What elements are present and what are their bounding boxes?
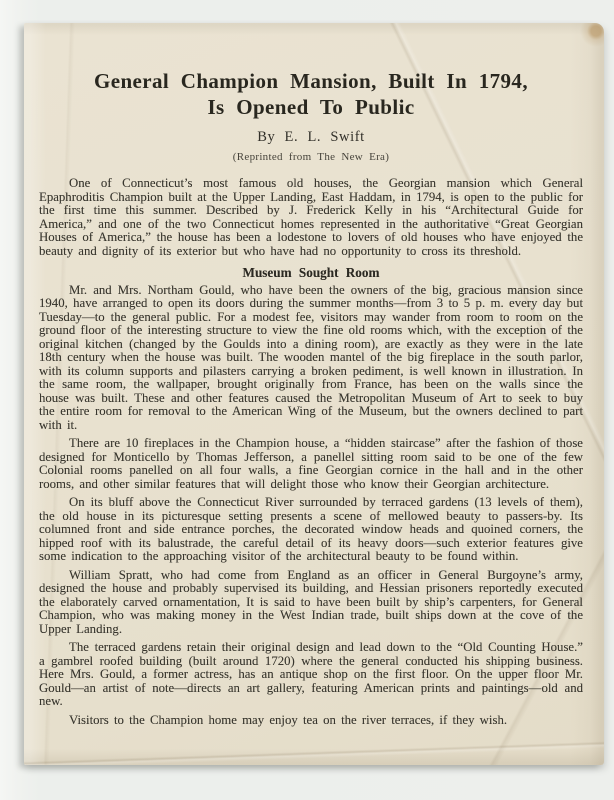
article-title-line1: General Champion Mansion, Built In 1794,: [39, 68, 583, 94]
scan-background: General Champion Mansion, Built In 1794,…: [0, 0, 614, 800]
body-paragraph: Visitors to the Champion home may enjoy …: [39, 714, 583, 728]
section-heading: Museum Sought Room: [39, 266, 583, 280]
reprint-note: (Reprinted from The New Era): [39, 151, 583, 163]
body-paragraph: Mr. and Mrs. Northam Gould, who have bee…: [39, 284, 583, 433]
body-paragraph: On its bluff above the Connecticut River…: [39, 496, 583, 564]
article-body: One of Connecticut’s most famous old hou…: [39, 177, 583, 727]
byline: By E. L. Swift: [39, 129, 583, 146]
scanned-card: General Champion Mansion, Built In 1794,…: [24, 23, 604, 765]
article-title-line2: Is Opened To Public: [39, 94, 583, 120]
body-paragraph: William Spratt, who had come from Englan…: [39, 569, 583, 637]
body-paragraph: There are 10 fireplaces in the Champion …: [39, 437, 583, 491]
body-paragraph: The terraced gardens retain their origin…: [39, 641, 583, 709]
lead-paragraph: One of Connecticut’s most famous old hou…: [39, 177, 583, 258]
article: General Champion Mansion, Built In 1794,…: [24, 23, 604, 727]
